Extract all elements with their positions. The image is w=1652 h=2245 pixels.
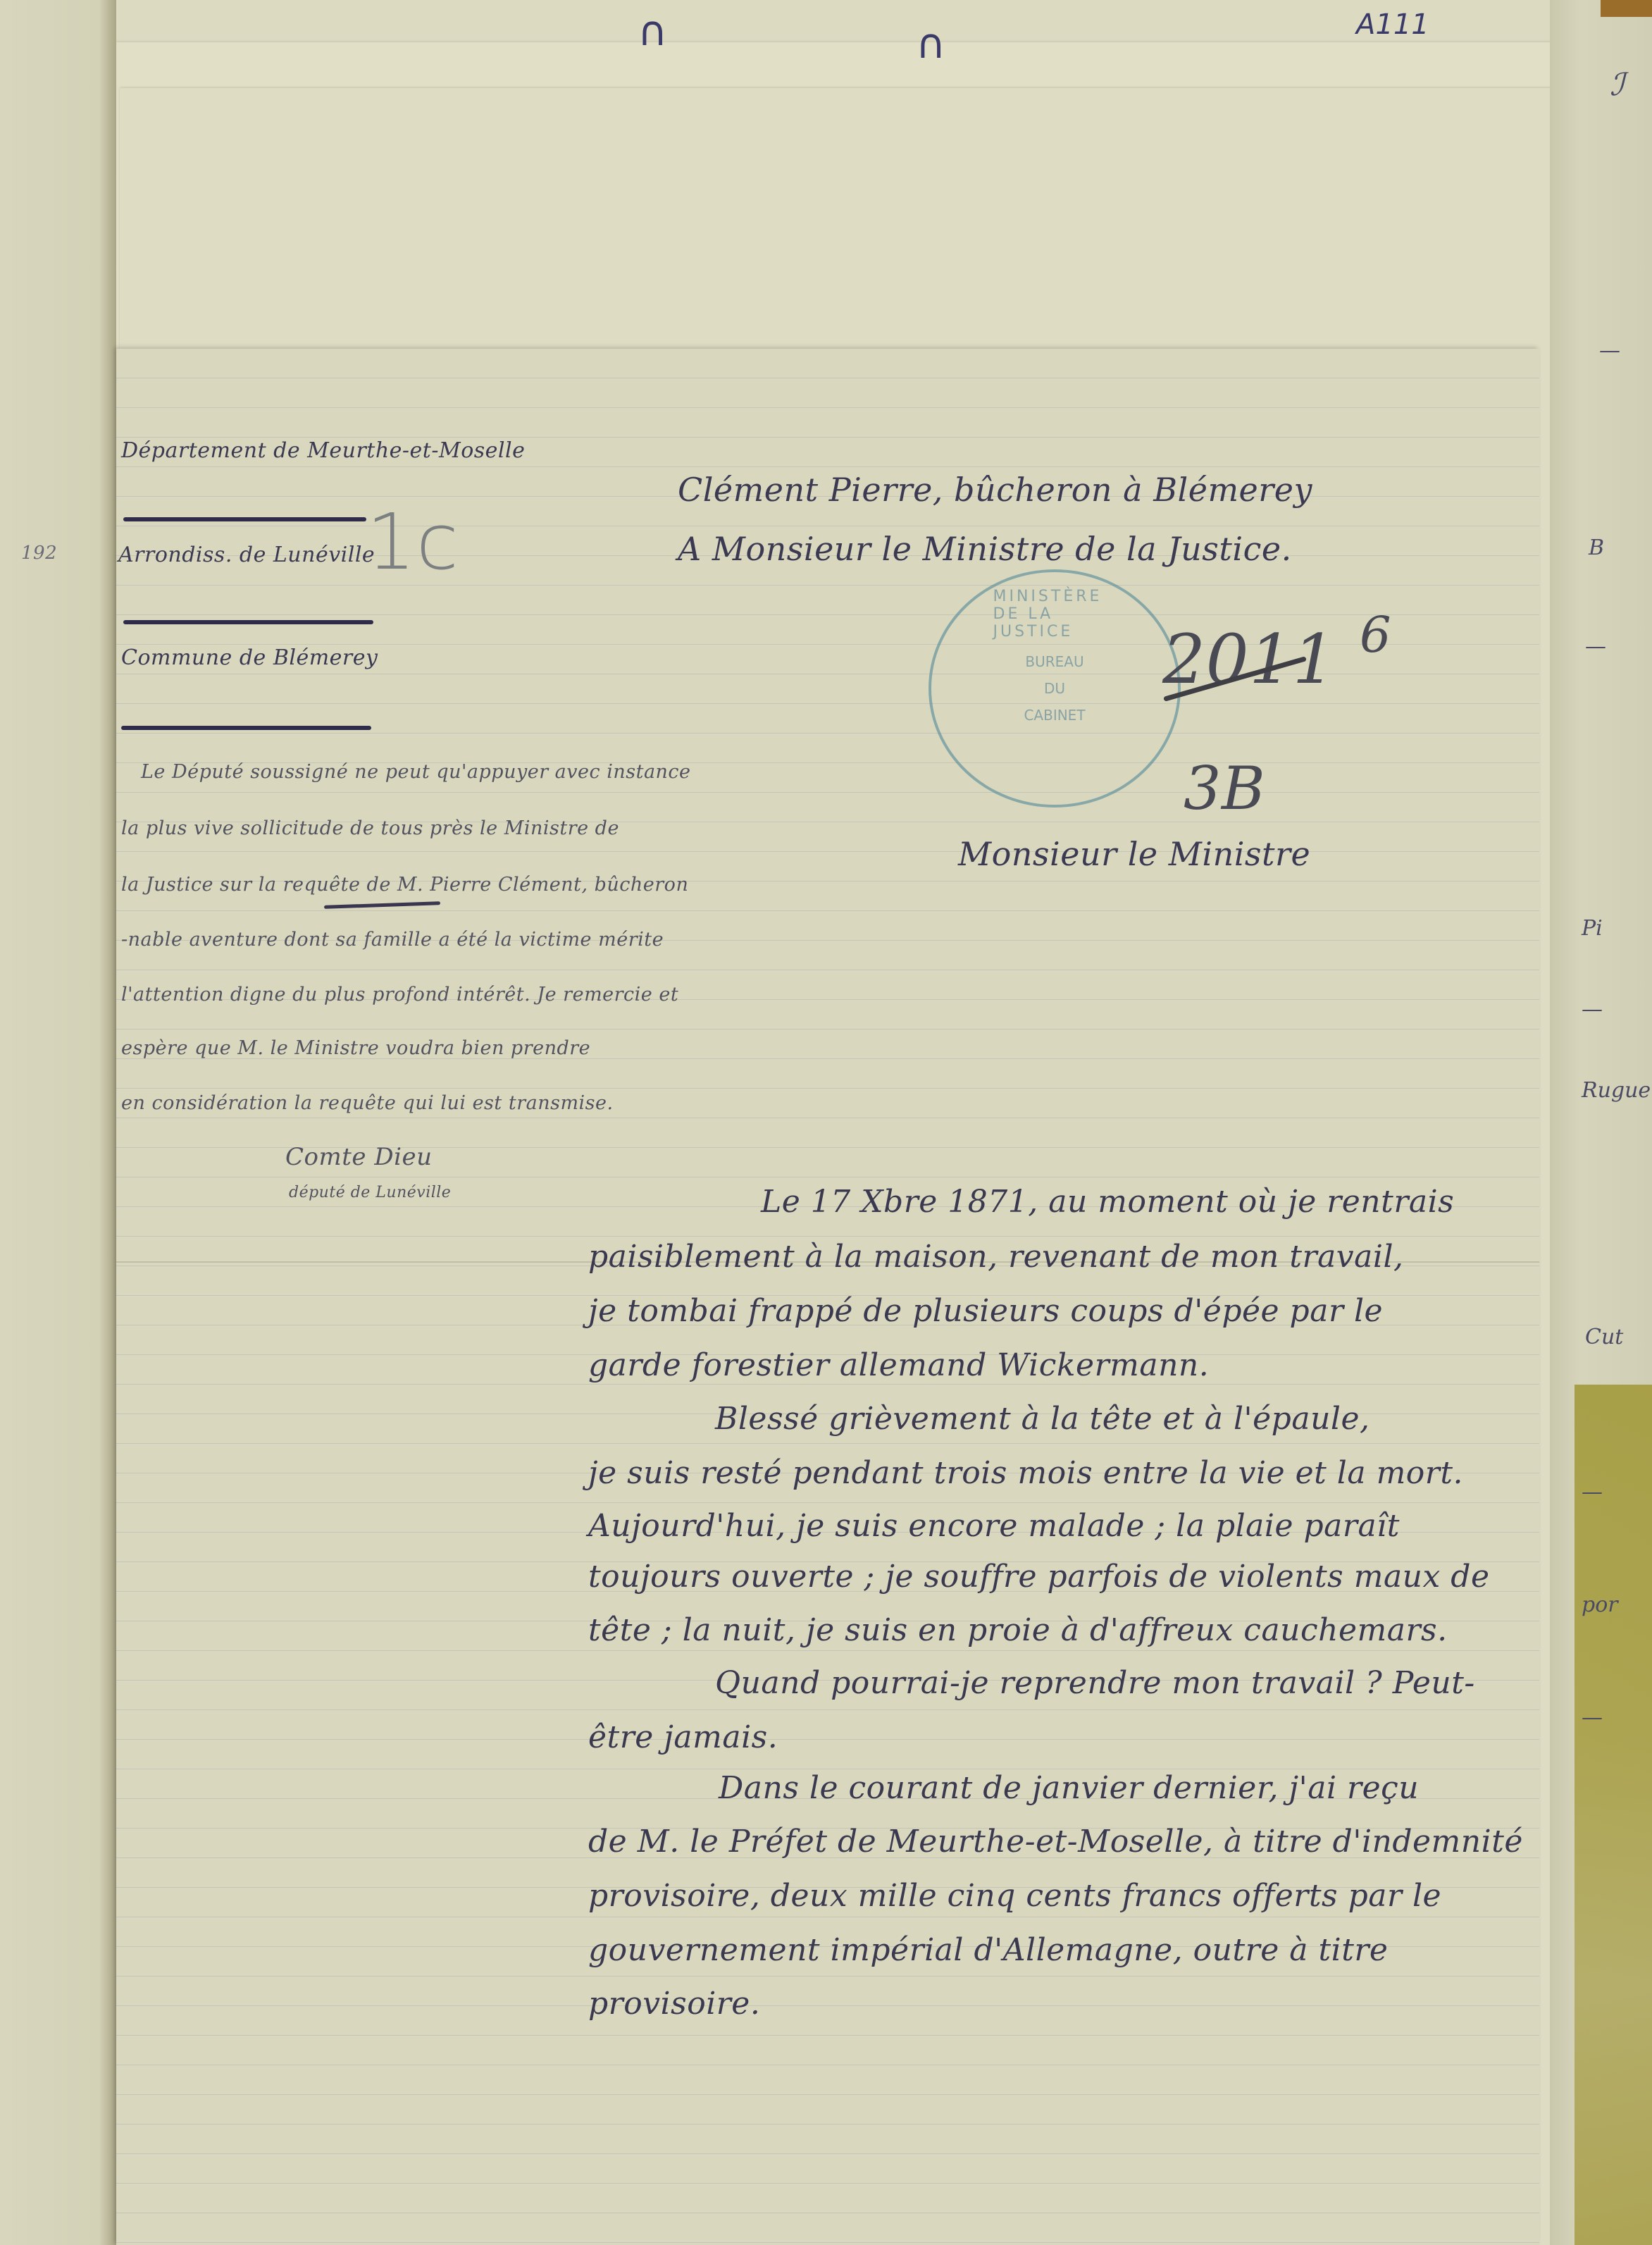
fragment: — <box>1582 997 1603 1022</box>
addressee-line: A Monsieur le Ministre de la Justice. <box>678 530 1292 568</box>
registry-number-struck: 2011 <box>1162 620 1336 699</box>
body-line: Quand pourrai-je reprendre mon travail ?… <box>715 1665 1475 1701</box>
body-line: Aujourd'hui, je suis encore malade ; la … <box>588 1508 1400 1544</box>
body-line: tête ; la nuit, je suis en proie à d'aff… <box>588 1612 1448 1648</box>
background-mark: A111 <box>1356 8 1429 41</box>
yellow-paper-tab <box>1575 1385 1652 2245</box>
endorsement-line: la plus vive sollicitude de tous près le… <box>121 817 619 839</box>
registry-number-suffix: 6 <box>1360 606 1391 664</box>
margin-annotation: 1c <box>366 497 459 587</box>
fragment: B <box>1589 536 1604 560</box>
stamp-line: BUREAU <box>1025 653 1083 670</box>
registry-number-below: 3B <box>1184 754 1265 823</box>
body-line: paisiblement à la maison, revenant de mo… <box>588 1239 1404 1275</box>
body-line: je suis resté pendant trois mois entre l… <box>588 1455 1463 1491</box>
body-line: de M. le Préfet de Meurthe-et-Moselle, à… <box>588 1824 1523 1860</box>
body-line: Dans le courant de janvier dernier, j'ai… <box>719 1770 1419 1806</box>
header-rule <box>121 726 371 730</box>
stamp-arc-text: MINISTÈRE DE LA JUSTICE <box>993 588 1117 641</box>
fragment: Cut <box>1585 1325 1623 1349</box>
commune-label: Commune de Blémerey <box>121 645 378 670</box>
departement-label: Département de Meurthe-et-Moselle <box>121 438 525 463</box>
endorsement-line: en considération la requête qui lui est … <box>121 1092 614 1114</box>
sender-line: Clément Pierre, bûcheron à Blémerey <box>678 471 1312 509</box>
ministry-stamp: MINISTÈRE DE LA JUSTICE BUREAU DU CABINE… <box>929 569 1181 808</box>
fragment: por <box>1582 1592 1618 1617</box>
left-binder-page: 192 <box>0 0 116 2245</box>
endorsement-signature: Comte Dieu <box>285 1143 432 1171</box>
body-line: gouvernement impérial d'Allemagne, outre… <box>588 1932 1388 1968</box>
binder-fragment: 192 <box>21 543 57 564</box>
fragment: — <box>1582 1705 1603 1730</box>
fragment: — <box>1582 1480 1603 1504</box>
header-rule <box>123 620 373 624</box>
body-line: toujours ouverte ; je souffre parfois de… <box>588 1559 1490 1595</box>
endorsement-line: Le Député soussigné ne peut qu'appuyer a… <box>141 761 691 783</box>
fragment: Rugue <box>1582 1078 1651 1103</box>
body-line: je tombai frappé de plusieurs coups d'ép… <box>588 1293 1383 1329</box>
body-line: provisoire. <box>588 1986 760 2022</box>
fragment: — <box>1585 634 1606 659</box>
salutation: Monsieur le Ministre <box>958 835 1310 873</box>
fragment: ℐ <box>1610 67 1625 103</box>
endorsement-signature-sub: député de Lunéville <box>289 1184 451 1201</box>
folder-corner <box>1601 0 1652 17</box>
endorsement-line: la Justice sur la requête de M. Pierre C… <box>121 874 688 896</box>
header-rule <box>123 517 366 521</box>
stamp-line: DU <box>1044 680 1065 697</box>
fragment: — <box>1599 338 1620 363</box>
body-line: être jamais. <box>588 1719 778 1755</box>
background-mark: ∩ <box>638 7 667 55</box>
endorsement-line: espère que M. le Ministre voudra bien pr… <box>121 1037 590 1059</box>
body-line: provisoire, deux mille cinq cents francs… <box>588 1878 1441 1914</box>
background-mark: ∩ <box>916 20 945 68</box>
fragment: Pi <box>1582 916 1603 941</box>
endorsement-line: l'attention digne du plus profond intérê… <box>121 984 678 1006</box>
endorsement-line: -nable aventure dont sa famille a été la… <box>121 929 664 951</box>
stamp-line: CABINET <box>1024 707 1085 724</box>
body-line: Le 17 Xbre 1871, au moment où je rentrai… <box>761 1184 1454 1220</box>
body-line: garde forestier allemand Wickermann. <box>588 1347 1209 1383</box>
body-line: Blessé grièvement à la tête et à l'épaul… <box>715 1401 1370 1437</box>
arrondissement-label: Arrondiss. de Lunéville <box>118 543 375 567</box>
